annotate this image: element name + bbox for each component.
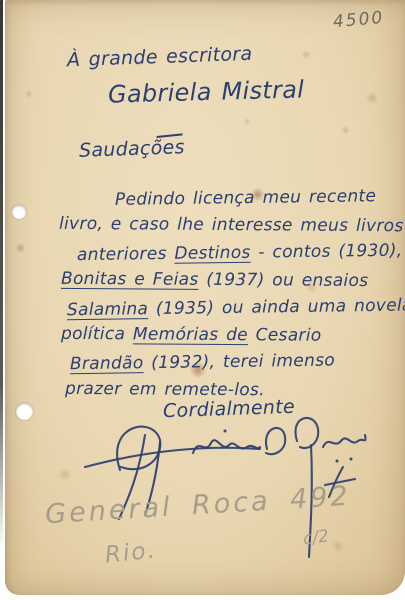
paper-stain [331, 540, 345, 552]
pencil-address-street: General Roca 492 [44, 481, 351, 531]
letter-line: Brandão (1932), terei imenso [70, 350, 387, 382]
salutation-line: À grande escritora [67, 43, 253, 71]
paper-stain [365, 92, 379, 104]
paper-stain [301, 50, 311, 59]
scanned-letter: 4500 À grande escritora Gabriela Mistral… [0, 0, 405, 600]
paper-stain [15, 243, 26, 253]
letter-line: Salamina (1935) ou ainda uma novela [67, 295, 387, 327]
letter-body: Pedindo licença meu recentelivro, e caso… [57, 188, 387, 407]
letter-paper: 4500 À grande escritora Gabriela Mistral… [5, 0, 405, 595]
archive-number-pencil: 4500 [332, 8, 385, 32]
paper-stain [341, 126, 350, 134]
letter-line: anteriores Destinos - contos (1930), [77, 241, 387, 273]
letter-line: Pedindo licença meu recente [115, 186, 387, 217]
punch-hole-bottom [16, 403, 33, 420]
greeting: Saudações [79, 136, 186, 162]
pencil-address-unit: c/2 [302, 526, 330, 549]
punch-hole-top [12, 205, 26, 219]
letter-line: livro, e caso lhe interesse meus livros [59, 214, 387, 244]
scan-edge-artifact [0, 0, 3, 548]
paper-stain [57, 468, 73, 481]
letter-line: política Memórias de Cesario [61, 324, 387, 354]
paper-stain [243, 118, 251, 125]
letter-line: Bonitas e Feias (1937) ou ensaios [61, 269, 387, 299]
pencil-address-city: Rio. [104, 537, 158, 568]
recipient-name: Gabriela Mistral [108, 75, 305, 108]
paper-stain [25, 90, 33, 98]
closing: Cordialmente [163, 396, 296, 423]
